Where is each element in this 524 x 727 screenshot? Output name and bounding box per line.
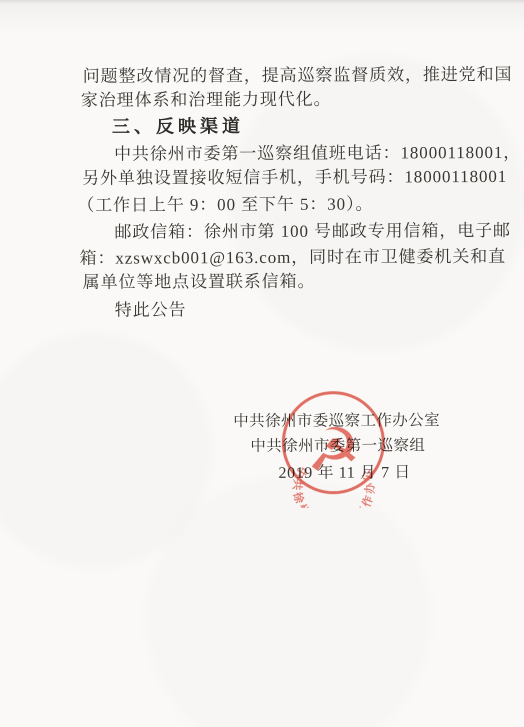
scanned-document-page: 问题整改情况的督查，提高巡察监督质效，推进党和国 家治理体系和治理能力现代化。 … [0,0,524,727]
body-line: 邮政信箱：徐州市第 100 号邮政专用信箱，电子邮 [114,220,511,244]
hammer-sickle-icon: ☭ [306,416,360,486]
official-seal: 中共徐州市委巡察工作办公室 ☭ [268,377,399,508]
body-line: 家治理体系和治理能力现代化。 [81,89,332,112]
document-content: 问题整改情况的督查，提高巡察监督质效，推进党和国 家治理体系和治理能力现代化。 … [0,0,524,727]
body-line: 问题整改情况的督查，提高巡察监督质效，推进党和国 [83,64,513,88]
section-heading: 三、反映渠道 [112,116,244,139]
body-line: 箱：xzswxcb001@163.com，同时在市卫健委机关和直 [79,246,506,270]
body-line: 属单位等地点设置联系信箱。 [83,271,316,294]
closing-line: 特此公告 [115,299,187,321]
body-line: （工作日上午 9：00 至下午 5：30）。 [77,194,373,217]
body-line: 中共徐州市委第一巡察组值班电话：18000118001， [114,142,521,166]
body-line: 另外单独设置接收短信手机，手机号码：18000118001 [82,166,507,190]
